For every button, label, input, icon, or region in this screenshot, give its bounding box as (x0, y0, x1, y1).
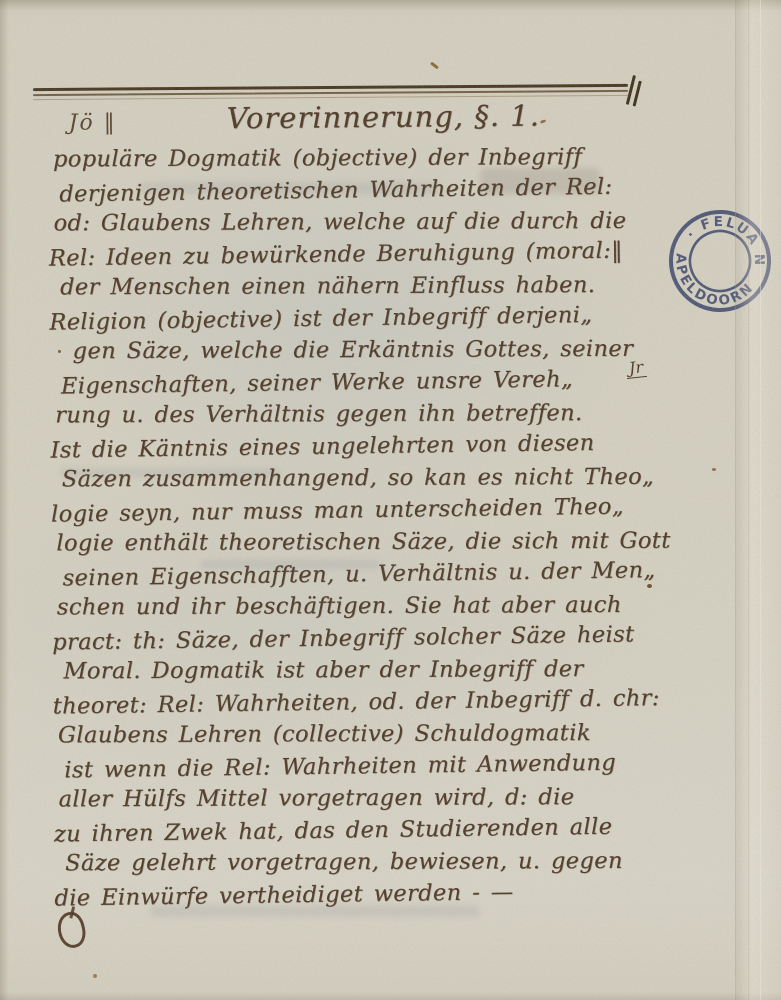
page-edge-right (735, 0, 781, 1000)
manuscript-line: die Einwürfe vertheidiget werden - — (54, 873, 708, 914)
page-edge-top (0, 0, 781, 10)
flourish-loop (54, 909, 89, 950)
ink-speck (712, 468, 716, 471)
ink-speck (647, 584, 652, 588)
page-crease (748, 0, 749, 1000)
fiber-speck (430, 62, 439, 70)
page-edge-bottom (0, 992, 781, 1000)
heading-title: Vorerinnerung, §. 1. (226, 99, 540, 136)
page-crease (760, 0, 761, 1000)
heading-margin-mark: Jö ‖ (69, 110, 117, 135)
margin-insertion-mark: Jr (625, 357, 647, 379)
handwritten-text-block: Jö ‖ Vorerinnerung, §. 1. populäre Dogma… (46, 97, 708, 913)
manuscript-page: Jö ‖ Vorerinnerung, §. 1. populäre Dogma… (0, 0, 781, 1000)
ink-speck (93, 974, 97, 978)
page-edge-left (0, 0, 9, 1000)
ink-speck (58, 350, 61, 353)
section-heading: Jö ‖ Vorerinnerung, §. 1. (46, 97, 701, 145)
